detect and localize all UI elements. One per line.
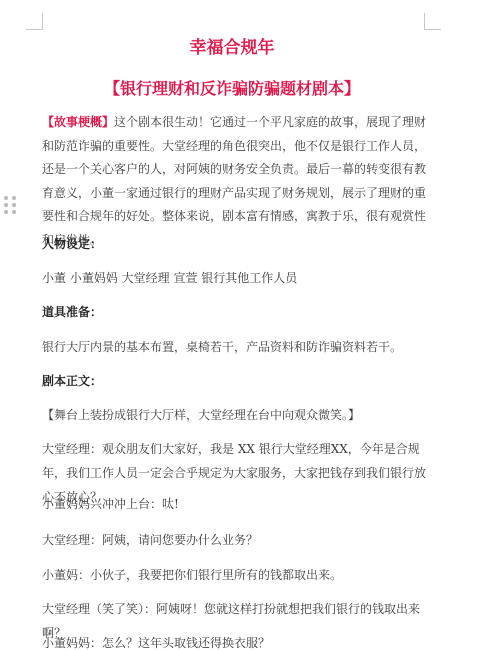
synopsis-text: 这个剧本很生动！它通过一个平凡家庭的故事，展现了理财和防范诈骗的重要性。大堂经理… bbox=[42, 115, 426, 247]
document-title: 幸福合规年 bbox=[0, 33, 464, 58]
document-subtitle: 【银行理财和反诈骗防骗题材剧本】 bbox=[0, 76, 464, 99]
drag-handle-icon[interactable] bbox=[4, 196, 16, 218]
dialog-line: 小董妈妈：怎么？这年头取钱还得换衣服？ bbox=[42, 631, 428, 650]
characters-list: 小董 小董妈妈 大堂经理 宣萱 银行其他工作人员 bbox=[42, 270, 297, 286]
dialog-line: 小董妈妈兴冲冲上台：呔! bbox=[42, 492, 428, 516]
drag-dot bbox=[4, 210, 8, 214]
props-heading: 道具准备： bbox=[42, 304, 102, 320]
page-corner-mark-top-right bbox=[424, 13, 441, 30]
drag-dot bbox=[12, 203, 16, 207]
props-text: 银行大厅内景的基本布置，桌椅若干，产品资料和防诈骗资料若干。 bbox=[42, 339, 402, 355]
synopsis-tag: 【故事梗概】 bbox=[42, 115, 114, 129]
synopsis-paragraph: 【故事梗概】这个剧本很生动！它通过一个平凡家庭的故事，展现了理财和防范诈骗的重要… bbox=[42, 111, 428, 252]
drag-dot bbox=[4, 203, 8, 207]
script-heading: 剧本正文： bbox=[42, 373, 102, 389]
drag-dot bbox=[4, 196, 8, 200]
dialog-line: 大堂经理：阿姨，请问您要办什么业务？ bbox=[42, 528, 428, 552]
page-corner-mark-top-left bbox=[26, 13, 43, 30]
drag-dot bbox=[12, 210, 16, 214]
drag-dot bbox=[12, 196, 16, 200]
characters-heading: 人物设定： bbox=[42, 236, 102, 252]
dialog-line: 小董妈：小伙子，我要把你们银行里所有的钱都取出来。 bbox=[42, 563, 428, 587]
stage-direction: 【舞台上装扮成银行大厅样，大堂经理在台中向观众微笑。】 bbox=[42, 407, 360, 423]
